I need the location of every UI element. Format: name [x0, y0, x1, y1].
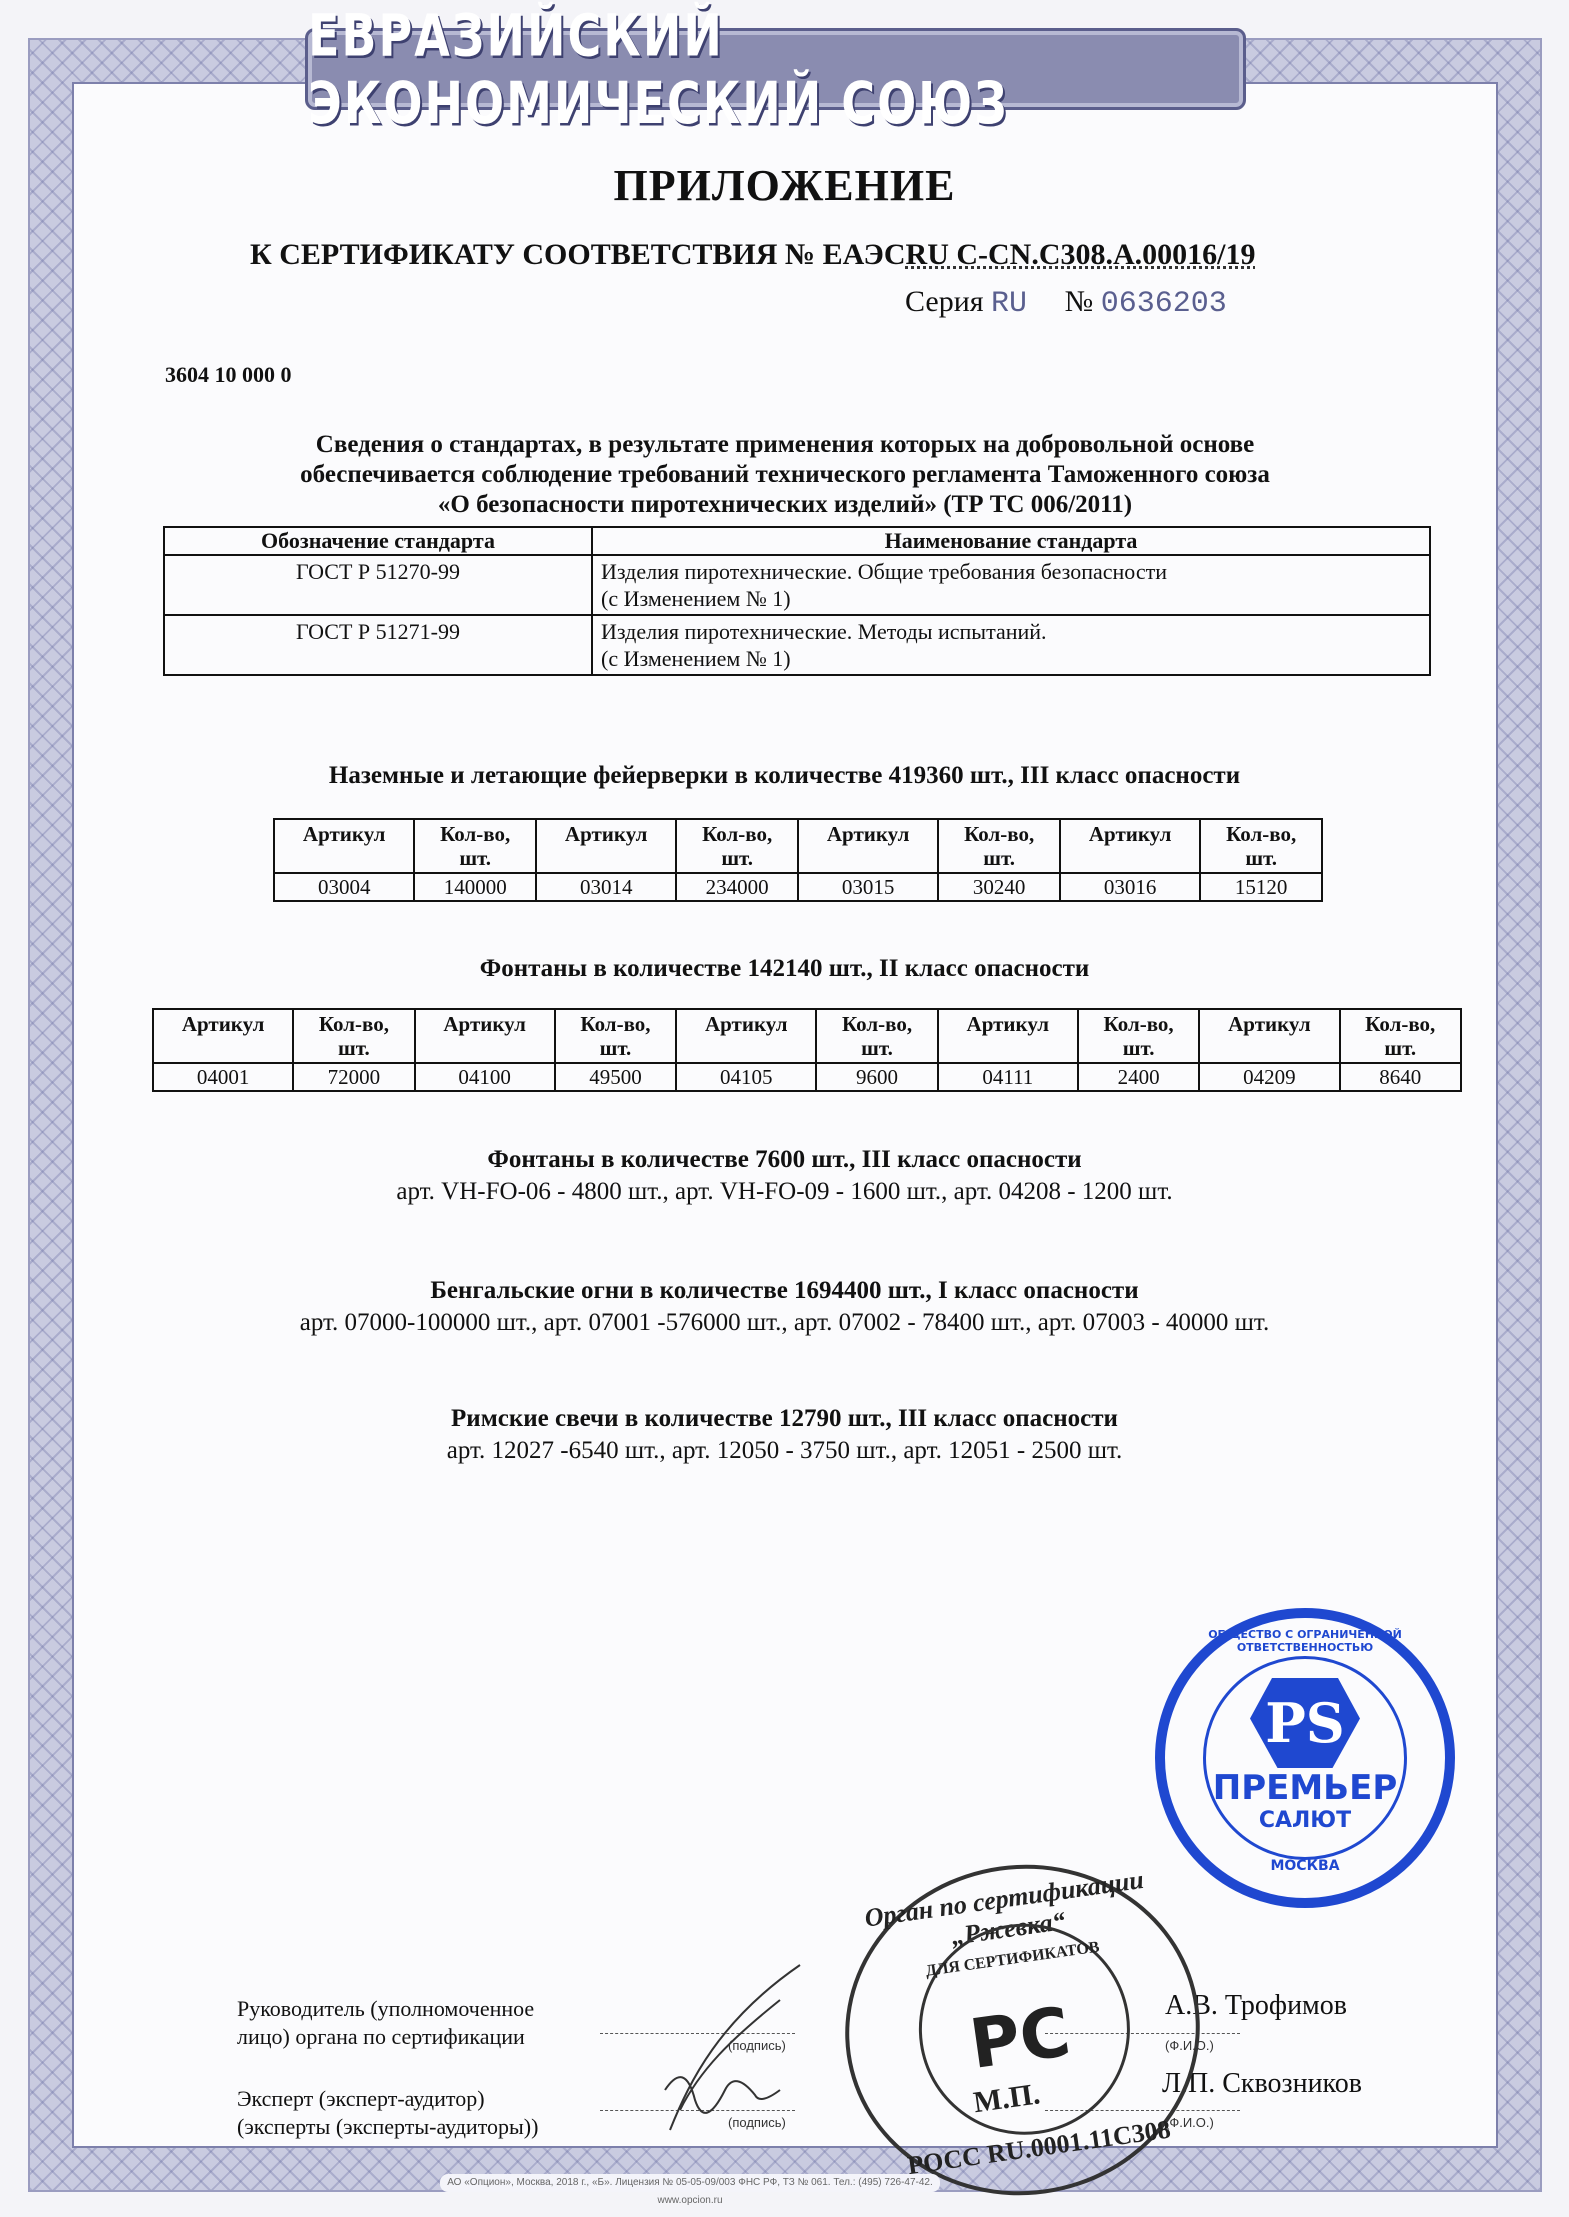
standard-code: ГОСТ Р 51271-99 [164, 615, 592, 675]
hs-code: 3604 10 000 0 [165, 362, 292, 388]
head-label-line: Руководитель (уполномоченное [237, 1995, 534, 2023]
section-sparklers-list: арт. 07000-100000 шт., арт. 07001 -57600… [0, 1309, 1569, 1337]
qty-cell: 15120 [1200, 873, 1322, 901]
seal-city: МОСКВА [1165, 1858, 1445, 1874]
col-header-article: Артикул [676, 1009, 816, 1063]
col-header-qty: Кол-во,шт. [816, 1009, 937, 1063]
col-header-article: Артикул [415, 1009, 555, 1063]
intro-line-2: обеспечивается соблюдение требований тех… [160, 460, 1410, 490]
standard-amendment: (с Изменением № 1) [601, 645, 1421, 672]
rst-mark-icon: РС [965, 1993, 1075, 2085]
fountains-table: АртикулКол-во,шт.АртикулКол-во,шт.Артику… [152, 1008, 1462, 1092]
company-seal: ОБЩЕСТВО С ОГРАНИЧЕННОЙ ОТВЕТСТВЕННОСТЬЮ… [1155, 1608, 1455, 1908]
qty-cell: 30240 [938, 873, 1060, 901]
col-header-code: Обозначение стандарта [164, 527, 592, 555]
article-cell: 03016 [1060, 873, 1200, 901]
page-title: ПРИЛОЖЕНИЕ [0, 160, 1569, 211]
qty-cell: 234000 [676, 873, 798, 901]
standard-code: ГОСТ Р 51270-99 [164, 555, 592, 615]
standards-table: Обозначение стандарта Наименование станд… [163, 526, 1431, 676]
qty-cell: 8640 [1340, 1063, 1462, 1091]
col-header-qty: Кол-во,шт. [676, 819, 798, 873]
qty-cell: 2400 [1078, 1063, 1199, 1091]
article-cell: 03014 [536, 873, 676, 901]
seal-ring-text: ОБЩЕСТВО С ОГРАНИЧЕННОЙ ОТВЕТСТВЕННОСТЬЮ [1165, 1628, 1445, 1654]
article-cell: 04111 [938, 1063, 1078, 1091]
table-header-row: АртикулКол-во,шт.АртикулКол-во,шт.Артику… [153, 1009, 1461, 1063]
col-header-qty: Кол-во,шт. [414, 819, 536, 873]
qty-cell: 140000 [414, 873, 536, 901]
section-fireworks-title: Наземные и летающие фейерверки в количес… [0, 762, 1569, 790]
head-label-line: лицо) органа по сертификации [237, 2023, 534, 2051]
standard-name-line: Изделия пиротехнические. Общие требовани… [601, 558, 1421, 585]
col-header-qty: Кол-во,шт. [1078, 1009, 1199, 1063]
col-header-qty: Кол-во,шт. [1340, 1009, 1462, 1063]
standards-intro: Сведения о стандартах, в результате прим… [160, 430, 1410, 520]
col-header-article: Артикул [274, 819, 414, 873]
table-row: 0300414000003014234000030153024003016151… [274, 873, 1322, 901]
table-header-row: АртикулКол-во,шт.АртикулКол-во,шт.Артику… [274, 819, 1322, 873]
intro-line-1: Сведения о стандартах, в результате прим… [160, 430, 1410, 460]
section-roman-candles-list: арт. 12027 -6540 шт., арт. 12050 - 3750 … [0, 1437, 1569, 1465]
eaeu-banner: ЕВРАЗИЙСКИЙ ЭКОНОМИЧЕСКИЙ СОЮЗ [305, 28, 1246, 110]
section-fountains-ii-title: Фонтаны в количестве 142140 шт., II клас… [0, 955, 1569, 983]
standard-amendment: (с Изменением № 1) [601, 585, 1421, 612]
article-cell: 04209 [1199, 1063, 1339, 1091]
banner-text: ЕВРАЗИЙСКИЙ ЭКОНОМИЧЕСКИЙ СОЮЗ [308, 2, 1243, 137]
head-label: Руководитель (уполномоченное лицо) орган… [237, 1995, 534, 2051]
certificate-reference: К СЕРТИФИКАТУ СООТВЕТСТВИЯ № ЕАЭСRU C-CN… [250, 238, 1256, 272]
col-header-article: Артикул [1199, 1009, 1339, 1063]
fireworks-table: АртикулКол-во,шт.АртикулКол-во,шт.Артику… [273, 818, 1323, 902]
table-row: 0400172000041004950004105960004111240004… [153, 1063, 1461, 1091]
section-sparklers-title: Бенгальские огни в количестве 1694400 шт… [0, 1277, 1569, 1305]
seal-brand-2: САЛЮТ [1165, 1808, 1445, 1833]
series-value: RU [991, 287, 1027, 321]
standard-name: Изделия пиротехнические. Методы испытани… [592, 615, 1430, 675]
col-header-qty: Кол-во,шт. [555, 1009, 676, 1063]
col-header-article: Артикул [798, 819, 938, 873]
cert-prefix: К СЕРТИФИКАТУ СООТВЕТСТВИЯ № ЕАЭС [250, 238, 906, 271]
expert-label-line: Эксперт (эксперт-аудитор) [237, 2085, 538, 2113]
standard-name: Изделия пиротехнические. Общие требовани… [592, 555, 1430, 615]
series-line: Серия RU № 0636203 [905, 285, 1227, 321]
cert-number: RU C-CN.C308.A.00016/19 [906, 238, 1256, 271]
article-cell: 03015 [798, 873, 938, 901]
col-header-article: Артикул [153, 1009, 293, 1063]
article-cell: 04105 [676, 1063, 816, 1091]
number-value: 0636203 [1101, 287, 1227, 321]
section-fountains-iii-title: Фонтаны в количестве 7600 шт., III класс… [0, 1146, 1569, 1174]
section-fountains-iii-list: арт. VH-FO-06 - 4800 шт., арт. VH-FO-09 … [0, 1178, 1569, 1206]
expert-label: Эксперт (эксперт-аудитор) (эксперты (экс… [237, 2085, 538, 2141]
article-cell: 04100 [415, 1063, 555, 1091]
intro-line-3: «О безопасности пиротехнических изделий»… [160, 490, 1410, 520]
qty-cell: 49500 [555, 1063, 676, 1091]
col-header-qty: Кол-во,шт. [938, 819, 1060, 873]
table-header-row: Обозначение стандарта Наименование станд… [164, 527, 1430, 555]
section-roman-candles-title: Римские свечи в количестве 12790 шт., II… [0, 1405, 1569, 1433]
number-label: № [1065, 285, 1094, 318]
printer-imprint: АО «Опцион», Москва, 2018 г., «Б». Лицен… [440, 2174, 940, 2192]
col-header-qty: Кол-во,шт. [1200, 819, 1322, 873]
table-row: ГОСТ Р 51270-99 Изделия пиротехнические.… [164, 555, 1430, 615]
expert-label-line: (эксперты (эксперты-аудиторы)) [237, 2113, 538, 2141]
standard-name-line: Изделия пиротехнические. Методы испытани… [601, 618, 1421, 645]
series-label: Серия [905, 285, 984, 318]
article-cell: 03004 [274, 873, 414, 901]
table-row: ГОСТ Р 51271-99 Изделия пиротехнические.… [164, 615, 1430, 675]
qty-cell: 9600 [816, 1063, 937, 1091]
col-header-article: Артикул [1060, 819, 1200, 873]
qty-cell: 72000 [293, 1063, 414, 1091]
col-header-name: Наименование стандарта [592, 527, 1430, 555]
article-cell: 04001 [153, 1063, 293, 1091]
col-header-article: Артикул [536, 819, 676, 873]
col-header-qty: Кол-во,шт. [293, 1009, 414, 1063]
handwritten-signature-icon [660, 1960, 810, 2140]
col-header-article: Артикул [938, 1009, 1078, 1063]
seal-brand: ПРЕМЬЕР [1165, 1768, 1445, 1808]
